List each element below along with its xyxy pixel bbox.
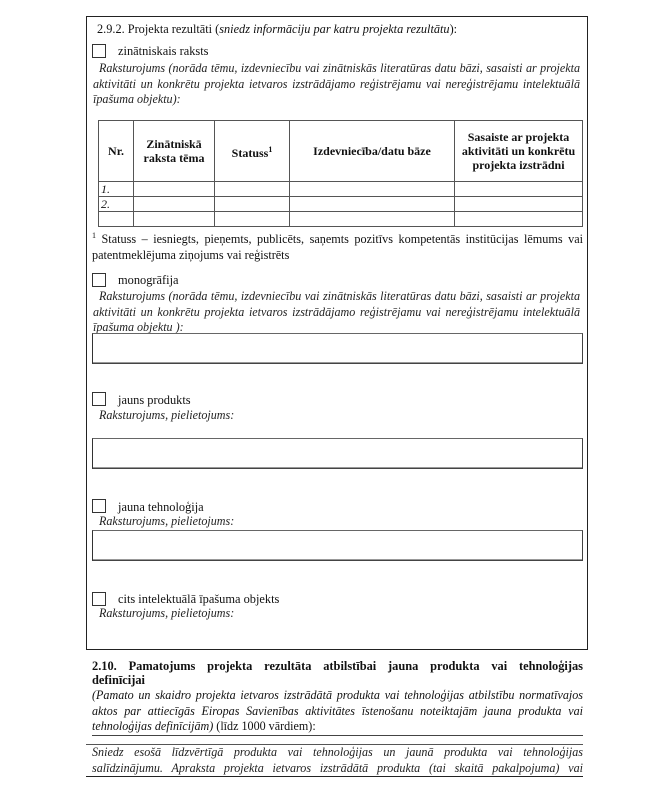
table-row: 2.: [99, 197, 583, 212]
cell-status[interactable]: [215, 182, 290, 197]
scientific-article-table: Nr. Zinātniskā raksta tēma Statuss1 Izde…: [98, 120, 583, 227]
answer-hint-line1: Sniedz esošā līdzvērtīgā produkta vai te…: [92, 745, 583, 761]
cell-link[interactable]: [455, 182, 583, 197]
cell-nr[interactable]: [99, 212, 134, 227]
col-header-topic: Zinātniskā raksta tēma: [134, 121, 215, 182]
new-product-input[interactable]: [92, 438, 583, 469]
col-header-nr: Nr.: [99, 121, 134, 182]
section-210-title: 2.10. Pamatojums projekta rezultāta atbi…: [92, 659, 583, 687]
description-text: Raksturojums (norāda tēmu, izdevniecību …: [93, 61, 580, 106]
cell-topic[interactable]: [134, 212, 215, 227]
description-text: Raksturojums, pielietojums:: [99, 408, 234, 422]
status-footnote: 1 Statuss – iesniegts, pieņemts, publicē…: [92, 228, 583, 263]
section-210-instructions: (Pamato un skaidro projekta ietvaros izs…: [92, 688, 583, 736]
description-new-technology: Raksturojums, pielietojums:: [93, 514, 580, 530]
label-new-product: jauns produkts: [118, 393, 191, 408]
section-210-answer-box[interactable]: Sniedz esošā līdzvērtīgā produkta vai te…: [86, 744, 583, 777]
cell-link[interactable]: [455, 197, 583, 212]
section-292-heading: 2.9.2. Projekta rezultāti (sniedz inform…: [97, 22, 457, 37]
checkbox-other-ip-object[interactable]: [92, 592, 106, 606]
label-scientific-article: zinātniskais raksts: [118, 44, 209, 59]
cell-topic[interactable]: [134, 197, 215, 212]
new-technology-input[interactable]: [92, 530, 583, 561]
table-row: 1.: [99, 182, 583, 197]
heading-text: 2.9.2. Projekta rezultāti (: [97, 22, 219, 36]
section-210-title-line1: 2.10. Pamatojums projekta rezultāta atbi…: [92, 659, 583, 673]
description-text: Raksturojums, pielietojums:: [99, 514, 234, 528]
heading-suffix: ):: [450, 22, 458, 36]
col-header-link: Sasaiste ar projekta aktivitāti un konkr…: [455, 121, 583, 182]
word-limit-note: (līdz 1000 vārdiem):: [213, 719, 315, 733]
cell-status[interactable]: [215, 197, 290, 212]
table-header-row: Nr. Zinātniskā raksta tēma Statuss1 Izde…: [99, 121, 583, 182]
checkbox-new-product[interactable]: [92, 392, 106, 406]
table-row: [99, 212, 583, 227]
instructions-italic: (Pamato un skaidro projekta ietvaros izs…: [92, 688, 583, 733]
section-210-title-line2: definīcijai: [92, 673, 145, 687]
status-header-text: Statuss: [232, 146, 269, 160]
description-monograph: Raksturojums (norāda tēmu, izdevniecību …: [93, 289, 580, 336]
cell-topic[interactable]: [134, 182, 215, 197]
description-text: Raksturojums, pielietojums:: [99, 606, 234, 620]
answer-hint-line2: salīdzinājumu. Apraksta projekta ietvaro…: [92, 761, 583, 777]
cell-nr[interactable]: 1.: [99, 182, 134, 197]
cell-nr[interactable]: 2.: [99, 197, 134, 212]
cell-publisher[interactable]: [290, 212, 455, 227]
col-header-status: Statuss1: [215, 121, 290, 182]
checkbox-new-technology[interactable]: [92, 499, 106, 513]
description-text: Raksturojums (norāda tēmu, izdevniecību …: [93, 289, 580, 334]
footnote-mark: 1: [268, 145, 272, 154]
description-scientific-article: Raksturojums (norāda tēmu, izdevniecību …: [93, 61, 580, 108]
label-monograph: monogrāfija: [118, 273, 179, 288]
col-header-publisher: Izdevniecība/datu bāze: [290, 121, 455, 182]
description-other-ip-object: Raksturojums, pielietojums:: [93, 606, 580, 622]
description-new-product: Raksturojums, pielietojums:: [93, 408, 580, 424]
cell-status[interactable]: [215, 212, 290, 227]
label-new-technology: jauna tehnoloģija: [118, 500, 204, 515]
cell-publisher[interactable]: [290, 182, 455, 197]
cell-link[interactable]: [455, 212, 583, 227]
monograph-input[interactable]: [92, 333, 583, 364]
footnote-text: Statuss – iesniegts, pieņemts, publicēts…: [92, 232, 583, 262]
checkbox-scientific-article[interactable]: [92, 44, 106, 58]
label-other-ip-object: cits intelektuālā īpašuma objekts: [118, 592, 279, 607]
heading-italic-text: sniedz informāciju par katru projekta re…: [219, 22, 449, 36]
checkbox-monograph[interactable]: [92, 273, 106, 287]
cell-publisher[interactable]: [290, 197, 455, 212]
